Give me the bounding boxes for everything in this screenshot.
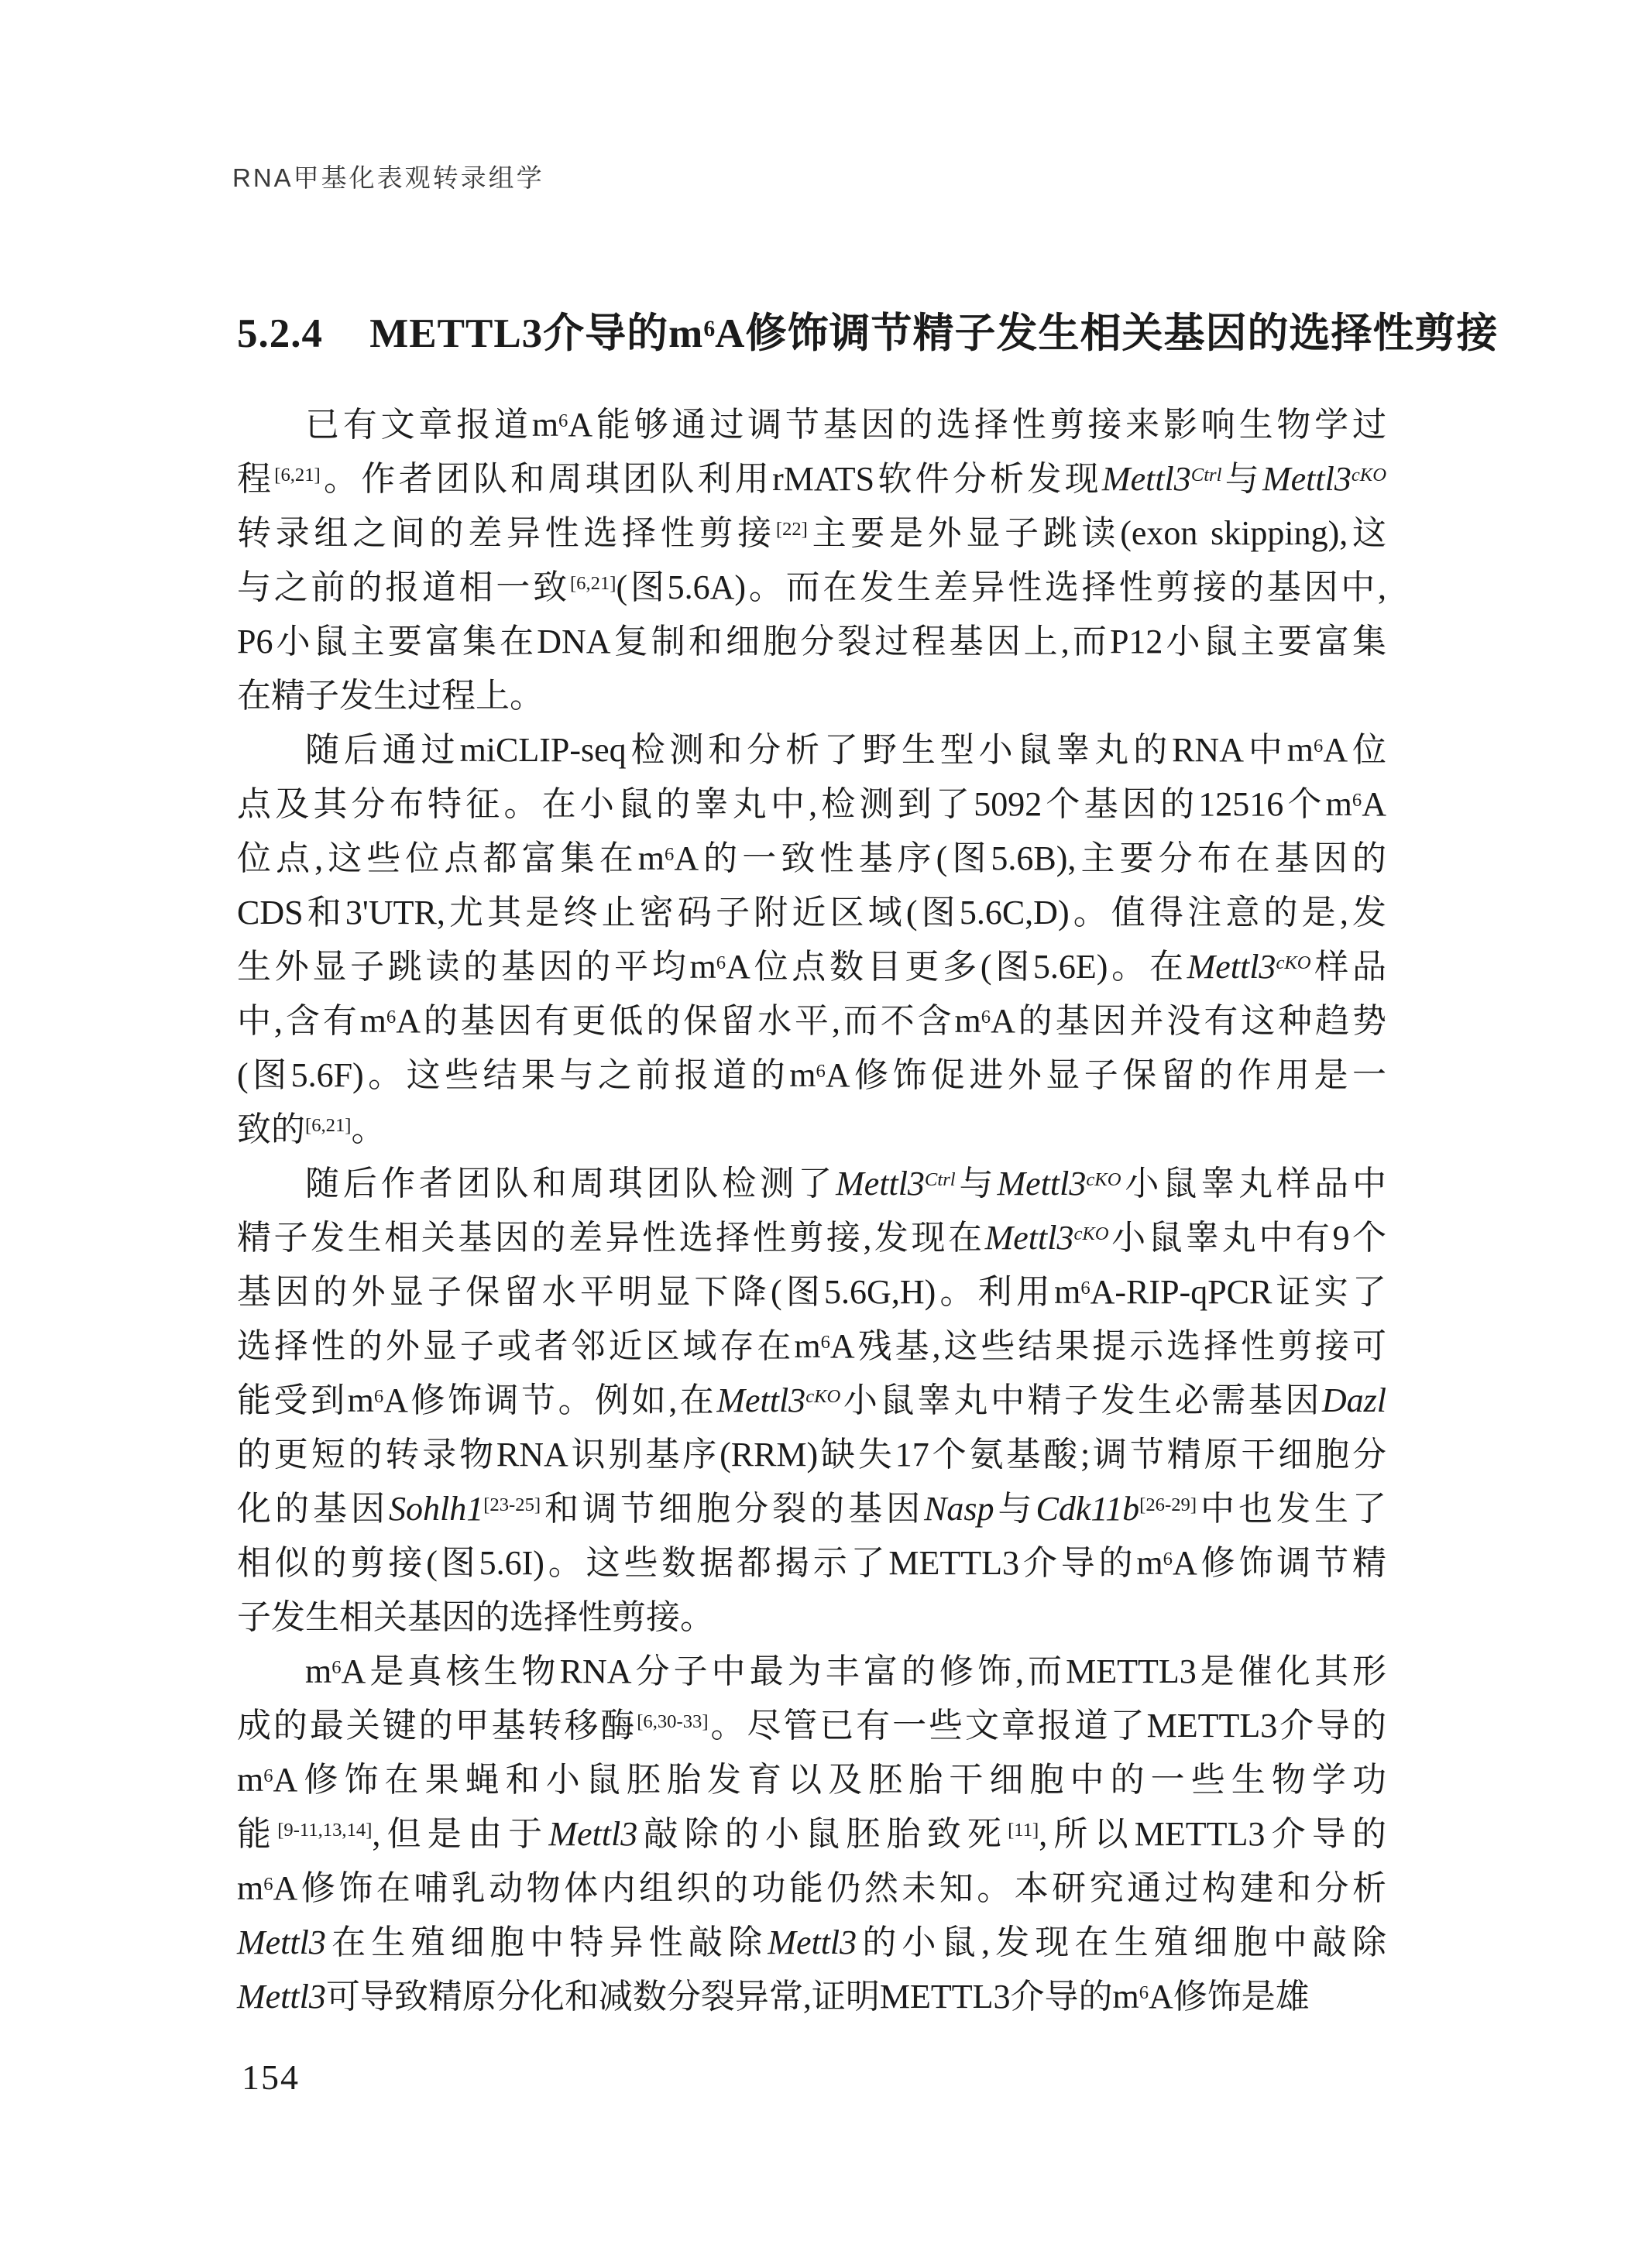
text-run: 与之前的报道相一致 — [237, 568, 570, 606]
superscript: 6 — [1163, 1549, 1173, 1570]
text-line: 中,含有m6A的基因有更低的保留水平,而不含m6A的基因并没有这种趋势 — [237, 994, 1386, 1048]
text-run: CDS和3'UTR,尤其是终止密码子附近区域(图5.6C,D)。值得注意的是,发 — [237, 894, 1386, 932]
superscript: 6 — [716, 952, 726, 973]
text-run: A修饰调节精子发生相关基因的选择性剪接 — [715, 311, 1498, 356]
body-paragraphs: 已有文章报道m6A能够通过调节基因的选择性剪接来影响生物学过程[6,21]。作者… — [237, 398, 1386, 2024]
paragraph: 已有文章报道m6A能够通过调节基因的选择性剪接来影响生物学过程[6,21]。作者… — [237, 398, 1386, 723]
text-line: Mettl3可导致精原分化和减数分裂异常,证明METTL3介导的m6A修饰是雄 — [237, 1970, 1386, 2024]
text-run: 在生殖细胞中特异性敲除 — [326, 1923, 768, 1961]
superscript: 6 — [263, 1874, 273, 1895]
text-line: 的更短的转录物RNA识别基序(RRM)缺失17个氨基酸;调节精原干细胞分 — [237, 1428, 1386, 1482]
text-run: 。 — [352, 1110, 386, 1148]
text-run: 。作者团队和周琪团队利用rMATS软件分析发现 — [321, 460, 1102, 498]
text-run: 子发生相关基因的选择性剪接。 — [237, 1598, 714, 1636]
superscript: 6 — [816, 1061, 825, 1082]
book-page: RNA甲基化表观转录组学 5.2.4 METTL3介导的m6A修饰调节精子发生相… — [0, 0, 1628, 2268]
text-run: 可导致精原分化和减数分裂异常,证明METTL3介导的m — [326, 1978, 1139, 2016]
citation-ref: [11] — [1008, 1820, 1039, 1841]
text-run: A位 — [1323, 731, 1386, 769]
text-run: A残基,这些结果提示选择性剪接可 — [830, 1327, 1386, 1365]
superscript: 6 — [1314, 736, 1323, 757]
text-line: 已有文章报道m6A能够通过调节基因的选择性剪接来影响生物学过 — [237, 398, 1386, 452]
citation-ref: [22] — [776, 519, 808, 540]
superscript: 6 — [374, 1386, 383, 1407]
text-line: 在精子发生过程上。 — [237, 669, 1386, 723]
superscript: 6 — [703, 317, 715, 341]
text-run: A修饰在果蝇和小鼠胚胎发育以及胚胎干细胞中的一些生物学功 — [273, 1761, 1386, 1799]
citation-ref: [6,21] — [570, 573, 617, 594]
text-run: 的更短的转录物RNA识别基序(RRM)缺失17个氨基酸;调节精原干细胞分 — [237, 1436, 1386, 1474]
gene-name: Nasp — [924, 1490, 994, 1528]
gene-name: Mettl3 — [1262, 460, 1352, 498]
text-run: 程 — [237, 460, 274, 498]
text-run: 与 — [956, 1165, 998, 1203]
text-run: 与 — [1221, 460, 1262, 498]
text-line: m6A修饰在哺乳动物体内组织的功能仍然未知。本研究通过构建和分析 — [237, 1861, 1386, 1916]
text-line: 成的最关键的甲基转移酶[6,30-33]。尽管已有一些文章报道了METTL3介导… — [237, 1699, 1386, 1753]
text-line: 与之前的报道相一致[6,21](图5.6A)。而在发生差异性选择性剪接的基因中, — [237, 561, 1386, 615]
text-run: 敲除的小鼠胚胎致死 — [637, 1815, 1008, 1853]
citation-ref: [26-29] — [1139, 1494, 1197, 1515]
text-run: A — [1362, 785, 1386, 823]
paragraph: 随后通过miCLIP-seq检测和分析了野生型小鼠睾丸的RNA中m6A位点及其分… — [237, 723, 1386, 1157]
text-run: 已有文章报道m — [305, 406, 558, 444]
section-number: 5.2.4 — [237, 311, 323, 356]
gene-name: Dazl — [1322, 1381, 1386, 1419]
text-line: 点及其分布特征。在小鼠的睾丸中,检测到了5092个基因的12516个m6A — [237, 777, 1386, 832]
text-run: 在精子发生过程上。 — [237, 677, 544, 715]
text-run: 中,含有m — [237, 1002, 386, 1040]
text-run: A的基因有更低的保留水平,而不含m — [396, 1002, 981, 1040]
genotype-superscript: cKO — [805, 1386, 840, 1407]
paragraph: m6A是真核生物RNA分子中最为丰富的修饰,而METTL3是催化其形成的最关键的… — [237, 1645, 1386, 2024]
text-run: A修饰是雄 — [1149, 1978, 1310, 2016]
text-run: 的小鼠,发现在生殖细胞中敲除 — [857, 1923, 1386, 1961]
gene-name: Mettl3 — [1102, 460, 1191, 498]
text-run: 随后作者团队和周琪团队检测了 — [305, 1165, 836, 1203]
running-head: RNA甲基化表观转录组学 — [232, 158, 544, 194]
text-run: A修饰促进外显子保留的作用是一 — [826, 1056, 1386, 1094]
text-run: (图5.6F)。这些结果与之前报道的m — [237, 1056, 816, 1094]
text-line: 生外显子跳读的基因的平均m6A位点数目更多(图5.6E)。在Mettl3cKO样… — [237, 940, 1386, 994]
text-run: 点及其分布特征。在小鼠的睾丸中,检测到了5092个基因的12516个m — [237, 785, 1352, 823]
text-run: ,所以METTL3介导的 — [1039, 1815, 1386, 1853]
text-line: 程[6,21]。作者团队和周琪团队利用rMATS软件分析发现Mettl3Ctrl… — [237, 452, 1386, 506]
superscript: 6 — [1139, 1982, 1149, 2003]
text-run: 生外显子跳读的基因的平均m — [237, 948, 716, 986]
text-run: A位点数目更多(图5.6E)。在 — [726, 948, 1187, 986]
text-run: A修饰调节精 — [1173, 1544, 1386, 1582]
text-run: 致的 — [237, 1110, 305, 1148]
text-line: m6A是真核生物RNA分子中最为丰富的修饰,而METTL3是催化其形 — [237, 1645, 1386, 1699]
text-run: A的一致性基序(图5.6B),主要分布在基因的 — [674, 839, 1386, 877]
gene-name: Mettl3 — [1187, 948, 1276, 986]
text-run: 和调节细胞分裂的基因 — [541, 1490, 924, 1528]
superscript: 6 — [331, 1657, 341, 1678]
text-run: 与 — [994, 1490, 1036, 1528]
text-run: A是真核生物RNA分子中最为丰富的修饰,而METTL3是催化其形 — [342, 1652, 1386, 1690]
citation-ref: [23-25] — [483, 1494, 541, 1515]
gene-name: Mettl3 — [548, 1815, 637, 1853]
genotype-superscript: cKO — [1276, 952, 1310, 973]
gene-name: Mettl3 — [237, 1978, 326, 2016]
text-run: 能 — [237, 1815, 277, 1853]
text-run: A的基因并没有这种趋势 — [991, 1002, 1386, 1040]
text-run: 转录组之间的差异性选择性剪接 — [237, 514, 776, 552]
text-line: 随后作者团队和周琪团队检测了Mettl3Ctrl与Mettl3cKO小鼠睾丸样品… — [237, 1157, 1386, 1211]
text-run: A能够通过调节基因的选择性剪接来影响生物学过 — [568, 406, 1386, 444]
superscript: 6 — [1352, 790, 1362, 811]
gene-name: Mettl3 — [836, 1165, 925, 1203]
text-run: A修饰在哺乳动物体内组织的功能仍然未知。本研究通过构建和分析 — [273, 1869, 1386, 1907]
genotype-superscript: Ctrl — [1191, 465, 1222, 486]
text-run: m — [237, 1869, 263, 1907]
text-line: 相似的剪接(图5.6I)。这些数据都揭示了METTL3介导的m6A修饰调节精 — [237, 1536, 1386, 1590]
superscript: 6 — [1080, 1278, 1090, 1299]
text-line: P6小鼠主要富集在DNA复制和细胞分裂过程基因上,而P12小鼠主要富集 — [237, 615, 1386, 669]
text-line: 选择性的外显子或者邻近区域存在m6A残基,这些结果提示选择性剪接可 — [237, 1319, 1386, 1374]
gene-name: Cdk11b — [1036, 1490, 1140, 1528]
text-run: P6小鼠主要富集在DNA复制和细胞分裂过程基因上,而P12小鼠主要富集 — [237, 623, 1386, 660]
superscript: 6 — [263, 1765, 273, 1786]
citation-ref: [6,21] — [305, 1115, 352, 1136]
text-run: 相似的剪接(图5.6I)。这些数据都揭示了METTL3介导的m — [237, 1544, 1163, 1582]
text-run: 小鼠睾丸中有9个 — [1109, 1219, 1386, 1257]
text-run: 样品 — [1311, 948, 1386, 986]
gene-name: Mettl3 — [237, 1923, 326, 1961]
citation-ref: [9-11,13,14] — [277, 1820, 372, 1841]
text-line: 基因的外显子保留水平明显下降(图5.6G,H)。利用m6A-RIP-qPCR证实… — [237, 1265, 1386, 1319]
text-run: 小鼠睾丸样品中 — [1121, 1165, 1387, 1203]
text-run: 小鼠睾丸中精子发生必需基因 — [840, 1381, 1322, 1419]
superscript: 6 — [558, 410, 568, 431]
text-run: 位点,这些位点都富集在m — [237, 839, 665, 877]
text-line: Mettl3在生殖细胞中特异性敲除Mettl3的小鼠,发现在生殖细胞中敲除 — [237, 1916, 1386, 1970]
text-run: 主要是外显子跳读(exon skipping),这 — [808, 514, 1386, 552]
text-run: METTL3介导的m — [369, 311, 703, 356]
genotype-superscript: cKO — [1086, 1169, 1121, 1190]
gene-name: Mettl3 — [716, 1381, 805, 1419]
superscript: 6 — [981, 1007, 991, 1028]
text-run: 精子发生相关基因的差异性选择性剪接,发现在 — [237, 1219, 985, 1257]
text-run: 成的最关键的甲基转移酶 — [237, 1707, 637, 1745]
gene-name: Sohlh1 — [389, 1490, 483, 1528]
gene-name: Mettl3 — [998, 1165, 1087, 1203]
superscript: 6 — [665, 844, 674, 865]
text-line: 转录组之间的差异性选择性剪接[22]主要是外显子跳读(exon skipping… — [237, 506, 1386, 561]
text-line: 随后通过miCLIP-seq检测和分析了野生型小鼠睾丸的RNA中m6A位 — [237, 723, 1386, 777]
text-run: 能受到m — [237, 1381, 374, 1419]
text-run: 化的基因 — [237, 1490, 389, 1528]
text-run: 。尽管已有一些文章报道了METTL3介导的 — [709, 1707, 1386, 1745]
text-run: ,但是由于 — [372, 1815, 548, 1853]
section-title: METTL3介导的m6A修饰调节精子发生相关基因的选择性剪接 — [369, 311, 1498, 356]
text-run: 选择性的外显子或者邻近区域存在m — [237, 1327, 821, 1365]
citation-ref: [6,30-33] — [637, 1711, 708, 1732]
section-heading: 5.2.4 METTL3介导的m6A修饰调节精子发生相关基因的选择性剪接 — [237, 300, 1498, 359]
superscript: 6 — [821, 1332, 830, 1353]
paragraph: 随后作者团队和周琪团队检测了Mettl3Ctrl与Mettl3cKO小鼠睾丸样品… — [237, 1157, 1386, 1645]
text-line: 能受到m6A修饰调节。例如,在Mettl3cKO小鼠睾丸中精子发生必需基因Daz… — [237, 1374, 1386, 1428]
text-run: A修饰调节。例如,在 — [383, 1381, 716, 1419]
genotype-superscript: Ctrl — [925, 1169, 956, 1190]
text-run: 基因的外显子保留水平明显下降(图5.6G,H)。利用m — [237, 1273, 1080, 1311]
text-run: m — [237, 1761, 263, 1799]
text-run: m — [305, 1652, 331, 1690]
text-line: 位点,这些位点都富集在m6A的一致性基序(图5.6B),主要分布在基因的 — [237, 832, 1386, 886]
genotype-superscript: cKO — [1352, 465, 1386, 486]
text-line: (图5.6F)。这些结果与之前报道的m6A修饰促进外显子保留的作用是一 — [237, 1048, 1386, 1103]
text-run: 随后通过miCLIP-seq检测和分析了野生型小鼠睾丸的RNA中m — [305, 731, 1314, 769]
text-line: CDS和3'UTR,尤其是终止密码子附近区域(图5.6C,D)。值得注意的是,发 — [237, 886, 1386, 940]
text-line: 化的基因Sohlh1[23-25]和调节细胞分裂的基因Nasp与Cdk11b[2… — [237, 1482, 1386, 1536]
text-line: 能[9-11,13,14],但是由于Mettl3敲除的小鼠胚胎致死[11],所以… — [237, 1807, 1386, 1861]
text-line: 精子发生相关基因的差异性选择性剪接,发现在Mettl3cKO小鼠睾丸中有9个 — [237, 1211, 1386, 1265]
text-run: (图5.6A)。而在发生差异性选择性剪接的基因中, — [616, 568, 1386, 606]
text-line: 致的[6,21]。 — [237, 1103, 1386, 1157]
citation-ref: [6,21] — [274, 465, 321, 486]
text-line: m6A修饰在果蝇和小鼠胚胎发育以及胚胎干细胞中的一些生物学功 — [237, 1753, 1386, 1807]
text-run: A-RIP-qPCR证实了 — [1090, 1273, 1386, 1311]
page-number: 154 — [242, 2057, 300, 2098]
text-run: 中也发生了 — [1197, 1490, 1386, 1528]
gene-name: Mettl3 — [768, 1923, 857, 1961]
gene-name: Mettl3 — [985, 1219, 1074, 1257]
genotype-superscript: cKO — [1073, 1223, 1108, 1244]
text-line: 子发生相关基因的选择性剪接。 — [237, 1590, 1386, 1645]
superscript: 6 — [386, 1007, 396, 1028]
